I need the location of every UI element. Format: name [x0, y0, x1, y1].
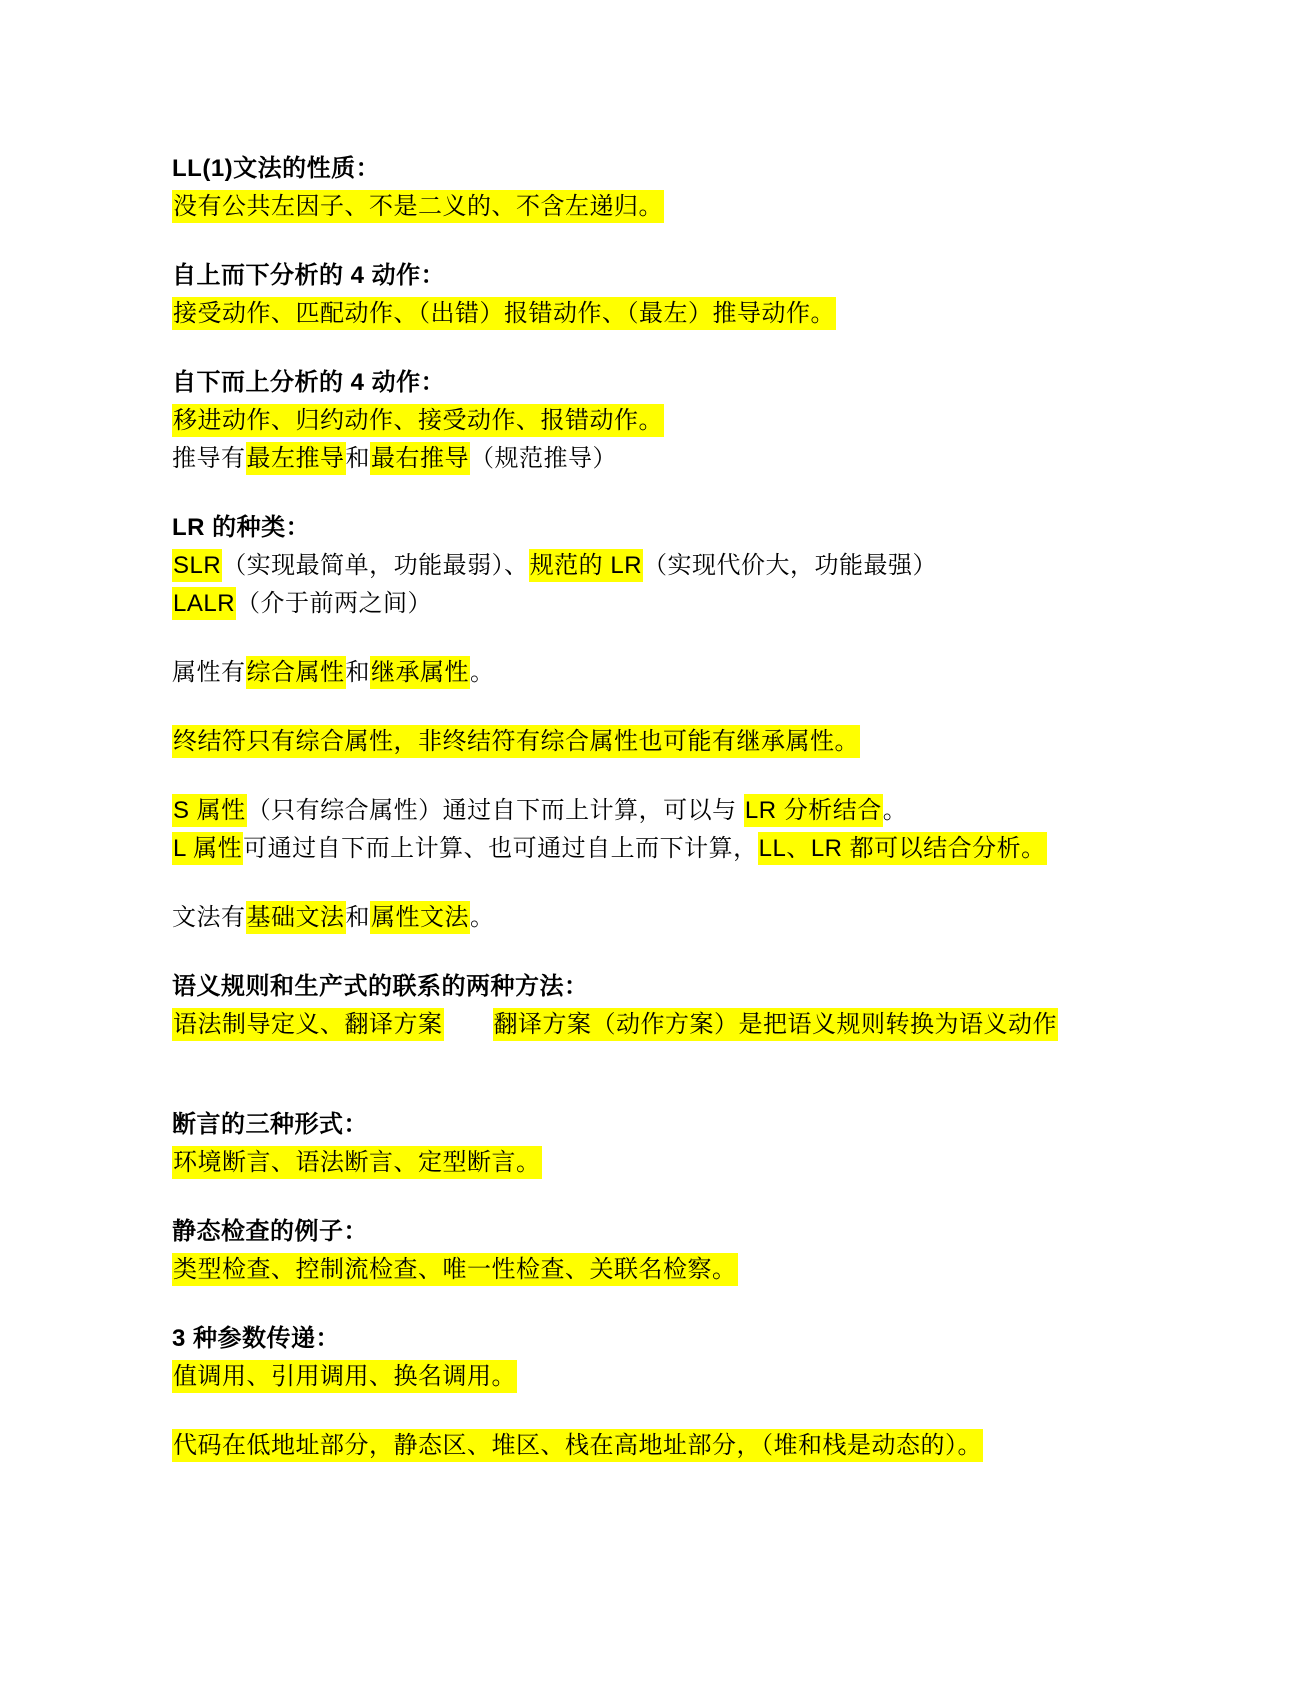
- blank-line: [172, 1044, 1202, 1075]
- highlighted-text: L 属性: [172, 832, 243, 865]
- text-run: 可通过自下而上计算、也可通过自上而下计算，: [243, 835, 758, 862]
- text-line: L 属性可通过自下而上计算、也可通过自上而下计算，LL、LR 都可以结合分析。: [172, 830, 1202, 868]
- text-line: 属性有综合属性和继承属性。: [172, 654, 1202, 692]
- blank-line: [172, 937, 1202, 968]
- text-run: （实现代价大，功能最强）: [643, 552, 937, 579]
- text-run: （实现最简单，功能最弱）、: [222, 552, 529, 579]
- highlighted-text: SLR: [172, 549, 222, 582]
- text-line: 类型检查、控制流检查、唯一性检查、关联名检察。: [172, 1251, 1202, 1289]
- text-run: 。: [883, 797, 908, 824]
- text-run: 自下而上分析的 4 动作：: [172, 369, 445, 396]
- blank-line: [172, 1289, 1202, 1320]
- text-line: 没有公共左因子、不是二义的、不含左递归。: [172, 188, 1202, 226]
- highlighted-text: 最右推导: [370, 442, 470, 475]
- text-line: LALR（介于前两之间）: [172, 585, 1202, 623]
- highlighted-text: 继承属性: [370, 656, 470, 689]
- document-content: LL(1)文法的性质：没有公共左因子、不是二义的、不含左递归。自上而下分析的 4…: [172, 150, 1202, 1465]
- text-run: [444, 1011, 493, 1038]
- section-heading: 自上而下分析的 4 动作：: [172, 257, 1202, 295]
- text-line: 值调用、引用调用、换名调用。: [172, 1358, 1202, 1396]
- highlighted-text: 翻译方案（动作方案）是把语义规则转换为语义动作: [493, 1008, 1059, 1041]
- text-run: 断言的三种形式：: [172, 1111, 368, 1138]
- text-line: 代码在低地址部分，静态区、堆区、栈在高地址部分，（堆和栈是动态的）。: [172, 1427, 1202, 1465]
- highlighted-text: 终结符只有综合属性，非终结符有综合属性也可能有继承属性。: [172, 725, 860, 758]
- text-run: 自上而下分析的 4 动作：: [172, 262, 445, 289]
- blank-line: [172, 1182, 1202, 1213]
- text-run: （只有综合属性）通过自下而上计算，可以与: [247, 797, 744, 824]
- text-run: 和: [346, 659, 371, 686]
- text-line: 移进动作、归约动作、接受动作、报错动作。: [172, 402, 1202, 440]
- highlighted-text: LALR: [172, 587, 236, 620]
- highlighted-text: 综合属性: [246, 656, 346, 689]
- section-heading: 自下而上分析的 4 动作：: [172, 364, 1202, 402]
- text-run: 和: [346, 445, 371, 472]
- highlighted-text: 环境断言、语法断言、定型断言。: [172, 1146, 542, 1179]
- highlighted-text: 属性文法: [370, 901, 470, 934]
- section-heading: 静态检查的例子：: [172, 1213, 1202, 1251]
- text-line: 推导有最左推导和最右推导（规范推导）: [172, 440, 1202, 478]
- blank-line: [172, 692, 1202, 723]
- blank-line: [172, 868, 1202, 899]
- section-heading: LL(1)文法的性质：: [172, 150, 1202, 188]
- section-heading: 语义规则和生产式的联系的两种方法：: [172, 968, 1202, 1006]
- text-run: （介于前两之间）: [236, 590, 432, 617]
- section-heading: LR 的种类：: [172, 509, 1202, 547]
- blank-line: [172, 761, 1202, 792]
- text-run: （规范推导）: [470, 445, 617, 472]
- text-line: 接受动作、匹配动作、（出错）报错动作、（最左）推导动作。: [172, 295, 1202, 333]
- blank-line: [172, 1396, 1202, 1427]
- text-run: 静态检查的例子：: [172, 1218, 368, 1245]
- blank-line: [172, 1075, 1202, 1106]
- text-run: 。: [470, 904, 495, 931]
- highlighted-text: S 属性: [172, 794, 247, 827]
- blank-line: [172, 623, 1202, 654]
- highlighted-text: 最左推导: [246, 442, 346, 475]
- text-run: 推导有: [172, 445, 246, 472]
- text-line: 环境断言、语法断言、定型断言。: [172, 1144, 1202, 1182]
- highlighted-text: 语法制导定义、翻译方案: [172, 1008, 444, 1041]
- section-heading: 断言的三种形式：: [172, 1106, 1202, 1144]
- highlighted-text: 基础文法: [246, 901, 346, 934]
- text-run: LR 的种类：: [172, 514, 310, 541]
- blank-line: [172, 333, 1202, 364]
- text-run: 。: [470, 659, 495, 686]
- text-line: S 属性（只有综合属性）通过自下而上计算，可以与 LR 分析结合。: [172, 792, 1202, 830]
- text-run: 属性有: [172, 659, 246, 686]
- text-run: 语义规则和生产式的联系的两种方法：: [172, 973, 589, 1000]
- text-run: LL(1)文法的性质：: [172, 155, 380, 182]
- blank-line: [172, 478, 1202, 509]
- highlighted-text: 接受动作、匹配动作、（出错）报错动作、（最左）推导动作。: [172, 297, 836, 330]
- section-heading: 3 种参数传递：: [172, 1320, 1202, 1358]
- text-line: 终结符只有综合属性，非终结符有综合属性也可能有继承属性。: [172, 723, 1202, 761]
- text-line: 文法有基础文法和属性文法。: [172, 899, 1202, 937]
- highlighted-text: 类型检查、控制流检查、唯一性检查、关联名检察。: [172, 1253, 738, 1286]
- highlighted-text: 规范的 LR: [529, 549, 643, 582]
- text-run: 和: [346, 904, 371, 931]
- highlighted-text: LR 分析结合: [744, 794, 883, 827]
- text-run: 文法有: [172, 904, 246, 931]
- text-line: SLR（实现最简单，功能最弱）、规范的 LR（实现代价大，功能最强）: [172, 547, 1202, 585]
- highlighted-text: 代码在低地址部分，静态区、堆区、栈在高地址部分，（堆和栈是动态的）。: [172, 1429, 983, 1462]
- document-page: LL(1)文法的性质：没有公共左因子、不是二义的、不含左递归。自上而下分析的 4…: [0, 0, 1304, 1700]
- highlighted-text: 没有公共左因子、不是二义的、不含左递归。: [172, 190, 664, 223]
- highlighted-text: 移进动作、归约动作、接受动作、报错动作。: [172, 404, 664, 437]
- highlighted-text: 值调用、引用调用、换名调用。: [172, 1360, 517, 1393]
- text-run: 3 种参数传递：: [172, 1325, 340, 1352]
- highlighted-text: LL、LR 都可以结合分析。: [758, 832, 1047, 865]
- blank-line: [172, 226, 1202, 257]
- text-line: 语法制导定义、翻译方案 翻译方案（动作方案）是把语义规则转换为语义动作: [172, 1006, 1202, 1044]
